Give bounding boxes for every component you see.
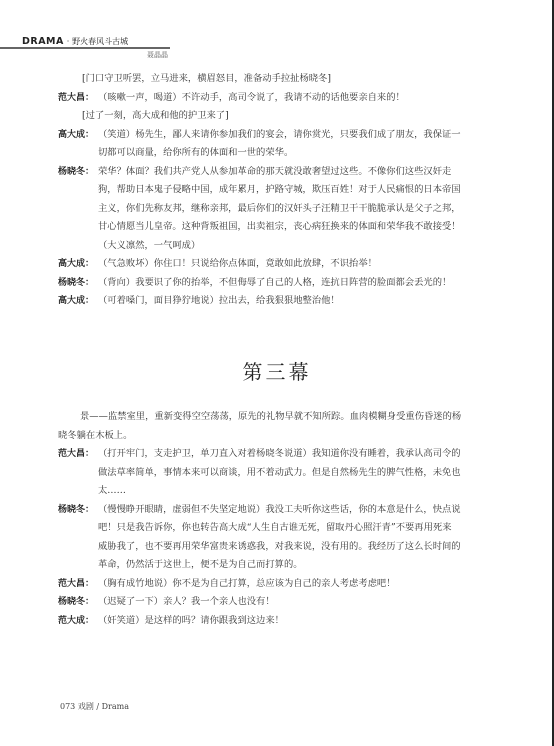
dialogue-line: 吧！只是我告诉你，你也转告高大成“人生自古谁无死，留取丹心照汗青”不要再用死来 [98,519,498,538]
dialogue-line: （可着嗓门，面目狰狞地说）拉出去，给我狠狠地整治他！ [98,292,498,311]
play-title: 野火春风斗古城 [72,37,128,46]
dialogue-line: 主义，你们先称友邦，继称亲邦，最后你们的汉奸头子汪精卫干干脆脆承认是父子之邦， [98,200,498,219]
dialogue-entry: 范大成： （奸笑道）是这样的吗？请你跟我到这边来！ [58,612,498,631]
header-separator: · [67,37,70,46]
dialogue-entry: 范大昌： （胸有成竹地说）你不是为自己打算，总应该为自己的亲人考虑考虑吧！ [58,575,498,594]
dialogue-line: 切都可以商量，给你所有的体面和一世的荣华。 [98,144,498,163]
speaker-name: 范大昌： [58,445,98,501]
scene-description: 晓冬躺在木板上。 [58,427,498,446]
speaker-name: 杨晓冬： [58,274,98,293]
dialogue-line: （迟疑了一下）亲人？我一个亲人也没有！ [98,593,498,612]
speaker-name: 高大成： [58,255,98,274]
dialogue-line: （笑道）杨先生，鄙人来请你参加我们的宴会，请你赏光，只要我们成了朋友，我保证一 [98,126,498,145]
dialogue-line: 威胁我了，也不要再用荣华富贵来诱惑我，对我来说，没有用的。我经历了这么长时间的 [98,538,498,557]
speaker-name: 范大成： [58,612,98,631]
speaker-name: 范大昌： [58,89,98,108]
dialogue-entry: 杨晓冬： 荣华？体面？我们共产党人从参加革命的那天就没敢奢望过这些。不像你们这些… [58,163,498,256]
stage-direction: [门口守卫听罢，立马进来，横眉怒目，准备动手拉扯杨晓冬] [58,70,498,89]
author-name: 聂晶晶 [147,50,168,60]
act-two-ending: [门口守卫听罢，立马进来，横眉怒目，准备动手拉扯杨晓冬] 范大昌： （咳嗽一声，… [58,70,498,311]
dialogue-entry: 范大昌： （咳嗽一声，喝道）不许动手，高司令说了，我请不动的话他要亲自来的！ [58,89,498,108]
page-footer: 073 戏剧 / Drama [60,701,129,712]
dialogue-entry: 范大昌： （打开牢门，支走护卫，单刀直入对着杨晓冬说道）我知道你没有睡着，我承认… [58,445,498,501]
magazine-name: DRAMA [22,36,64,47]
speaker-name: 杨晓冬： [58,163,98,256]
dialogue-line: （气急败坏）你住口！只说给你点体面，竟敢如此放肆，不识抬举！ [98,255,498,274]
footer-label: 戏剧 / Drama [78,702,129,711]
dialogue-entry: 高大成： （可着嗓门，面目狰狞地说）拉出去，给我狠狠地整治他！ [58,292,498,311]
speaker-name: 高大成： [58,126,98,163]
stage-direction: [过了一刻，高大成和他的护卫来了] [58,107,498,126]
dialogue-line: （胸有成竹地说）你不是为自己打算，总应该为自己的亲人考虑考虑吧！ [98,575,498,594]
speaker-name: 杨晓冬： [58,501,98,575]
scene-description: 景——监禁室里，重新变得空空荡荡，原先的礼物早就不知所踪。血肉模糊身受重伤昏迷的… [58,408,498,427]
speaker-name: 高大成： [58,292,98,311]
dialogue-line: （打开牢门，支走护卫，单刀直入对着杨晓冬说道）我知道你没有睡着，我承认高司令的 [98,445,498,464]
dialogue-entry: 高大成： （气急败坏）你住口！只说给你点体面，竟敢如此放肆，不识抬举！ [58,255,498,274]
dialogue-entry: 杨晓冬： （背向）我要识了你的抬举，不但侮辱了自己的人格，连抗日阵营的脸面都会丢… [58,274,498,293]
speaker-name: 杨晓冬： [58,593,98,612]
dialogue-line: 做法草率简单，事情本来可以商谈，用不着动武力。但是自然杨先生的脾气性格，未免也 [98,464,498,483]
dialogue-line: 狗，帮助日本鬼子侵略中国，成年累月，护路守城，欺压百姓！对于人民痛恨的日本帝国 [98,181,498,200]
dialogue-line: （大义凛然，一气呵成） [98,237,498,256]
dialogue-line: （咳嗽一声，喝道）不许动手，高司令说了，我请不动的话他要亲自来的！ [98,89,498,108]
dialogue-line: 甘心情愿当儿皇帝。这种背叛祖国，出卖祖宗，丧心病狂换来的体面和荣华我不敢接受！ [98,218,498,237]
act-three: 景——监禁室里，重新变得空空荡荡，原先的礼物早就不知所踪。血肉模糊身受重伤昏迷的… [58,408,498,630]
act-title: 第三幕 [0,356,554,385]
dialogue-line: 荣华？体面？我们共产党人从参加革命的那天就没敢奢望过这些。不像你们这些汉奸走 [98,163,498,182]
header-title: DRAMA · 野火春风斗古城 [22,36,128,47]
dialogue-line: （背向）我要识了你的抬举，不但侮辱了自己的人格，连抗日阵营的脸面都会丢光的！ [98,274,498,293]
dialogue-line: 革命，仍然活于这世上，便不是为自己而打算的。 [98,556,498,575]
dialogue-line: （慢慢睁开眼睛，虚弱但不失坚定地说）我没工夫听你这些话，你的本意是什么，快点说 [98,501,498,520]
dialogue-entry: 杨晓冬： （慢慢睁开眼睛，虚弱但不失坚定地说）我没工夫听你这些话，你的本意是什么… [58,501,498,575]
page-number: 073 [60,702,75,711]
dialogue-line: 太…… [98,482,498,501]
dialogue-line: （奸笑道）是这样的吗？请你跟我到这边来！ [98,612,498,631]
header-rule [0,47,170,49]
speaker-name: 范大昌： [58,575,98,594]
dialogue-entry: 杨晓冬： （迟疑了一下）亲人？我一个亲人也没有！ [58,593,498,612]
dialogue-entry: 高大成： （笑道）杨先生，鄙人来请你参加我们的宴会，请你赏光，只要我们成了朋友，… [58,126,498,163]
